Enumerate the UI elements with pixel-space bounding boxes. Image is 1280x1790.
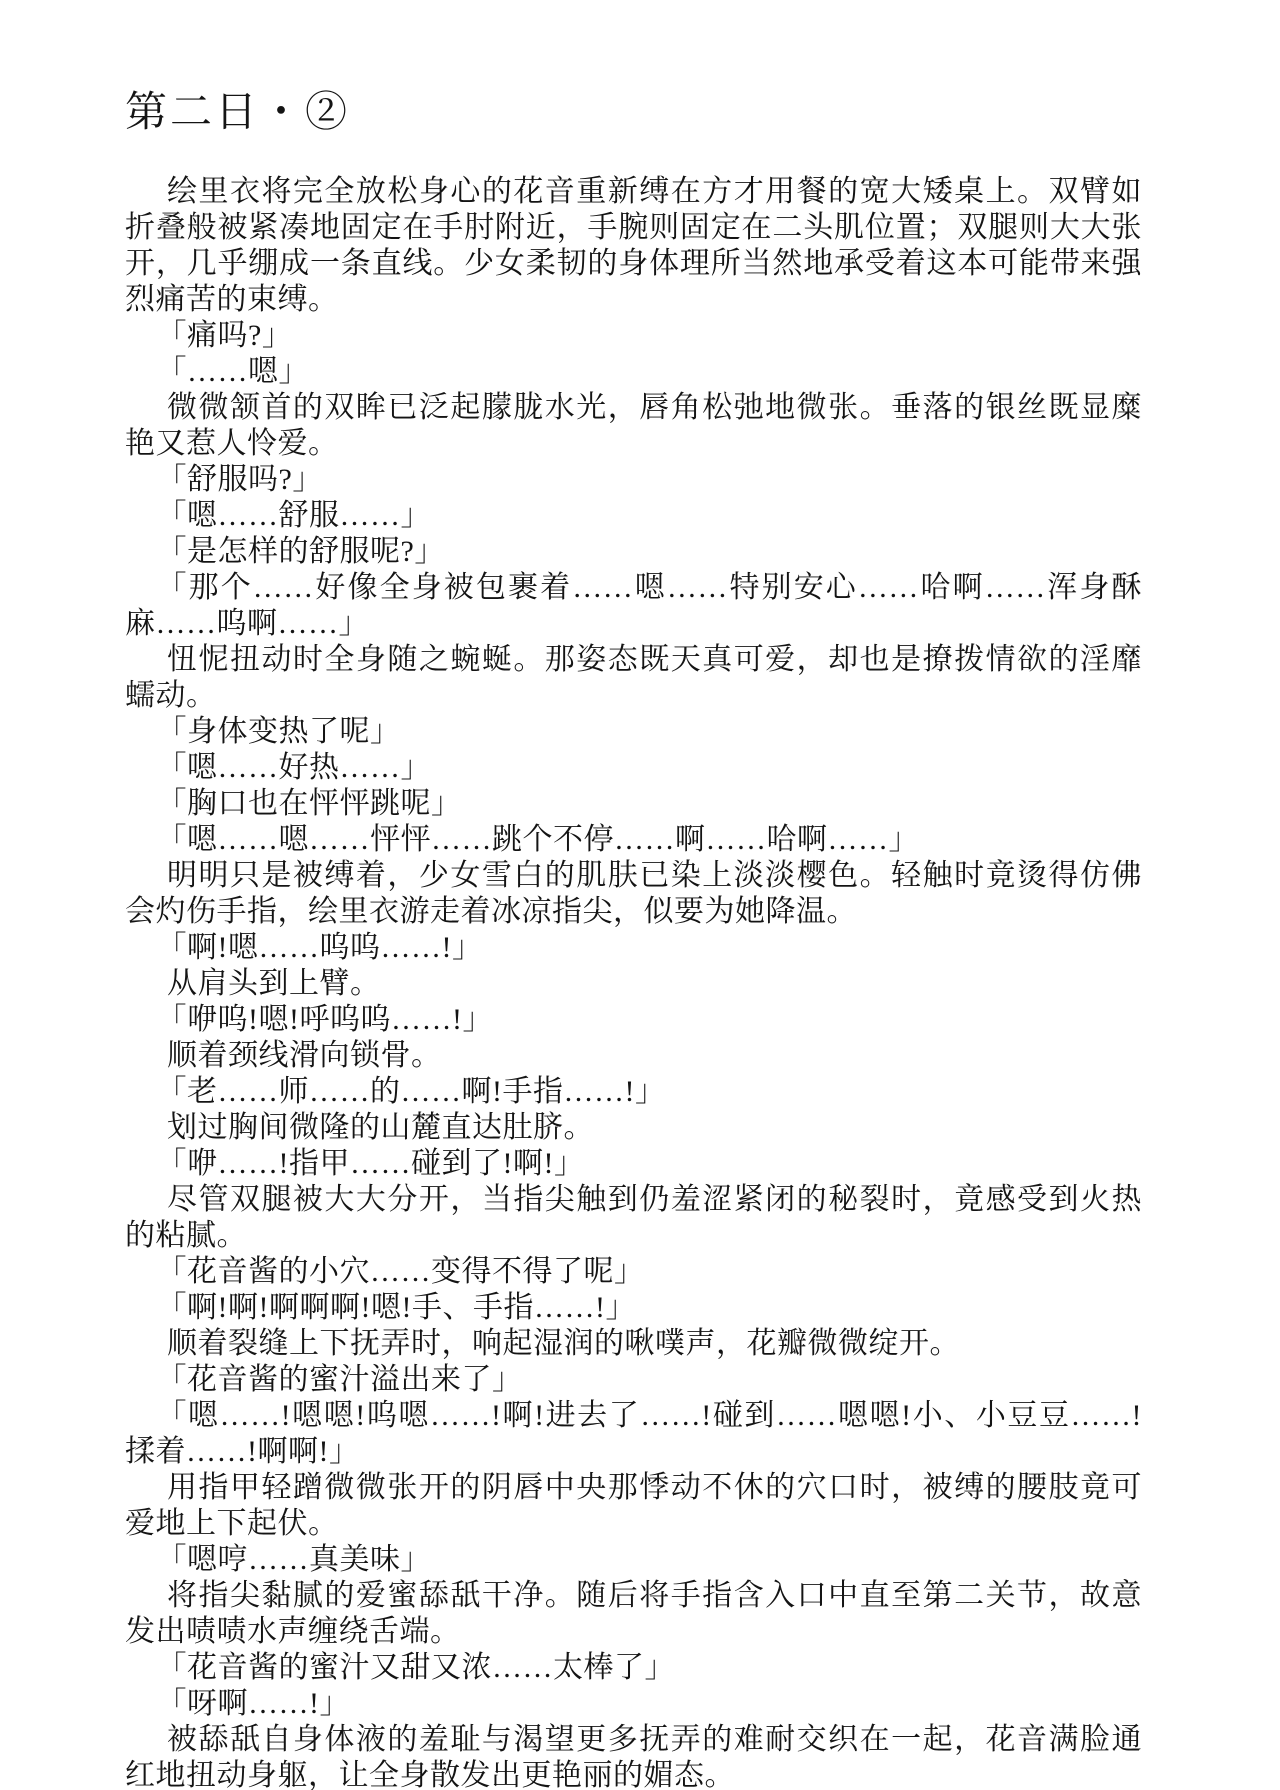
paragraph: 「呀啊……!」 [125,1686,1142,1722]
paragraph: 「痛吗?」 [125,318,1142,354]
paragraph: 用指甲轻蹭微微张开的阴唇中央那悸动不休的穴口时，被缚的腰肢竟可爱地上下起伏。 [125,1470,1142,1542]
paragraph: 「花音酱的蜜汁又甜又浓……太棒了」 [125,1650,1142,1686]
paragraph: 微微颔首的双眸已泛起朦胧水光，唇角松弛地微张。垂落的银丝既显糜艳又惹人怜爱。 [125,390,1142,462]
paragraph: 「舒服吗?」 [125,462,1142,498]
paragraph: 「身体变热了呢」 [125,714,1142,750]
paragraph: 「嗯……好热……」 [125,750,1142,786]
paragraph: 「嗯哼……真美味」 [125,1542,1142,1578]
paragraph: 尽管双腿被大大分开，当指尖触到仍羞涩紧闭的秘裂时，竟感受到火热的粘腻。 [125,1182,1142,1254]
paragraph: 「那个……好像全身被包裹着……嗯……特别安心……哈啊……浑身酥麻……呜啊……」 [125,570,1142,642]
paragraph: 「是怎样的舒服呢?」 [125,534,1142,570]
paragraph: 绘里衣将完全放松身心的花音重新缚在方才用餐的宽大矮桌上。双臂如折叠般被紧凑地固定… [125,174,1142,318]
paragraph: 顺着裂缝上下抚弄时，响起湿润的啾噗声，花瓣微微绽开。 [125,1326,1142,1362]
paragraph: 「花音酱的小穴……变得不得了呢」 [125,1254,1142,1290]
novel-page: 第二日・② 绘里衣将完全放松身心的花音重新缚在方才用餐的宽大矮桌上。双臂如折叠般… [0,0,1280,1790]
paragraph: 「嗯……嗯……怦怦……跳个不停……啊……哈啊……」 [125,822,1142,858]
paragraph: 明明只是被缚着，少女雪白的肌肤已染上淡淡樱色。轻触时竟烫得仿佛会灼伤手指，绘里衣… [125,858,1142,930]
paragraph: 忸怩扭动时全身随之蜿蜒。那姿态既天真可爱，却也是撩拨情欲的淫靡蠕动。 [125,642,1142,714]
paragraph: 「嗯……舒服……」 [125,498,1142,534]
paragraph: 「……嗯」 [125,354,1142,390]
paragraph: 将指尖黏腻的爱蜜舔舐干净。随后将手指含入口中直至第二关节，故意发出啧啧水声缠绕舌… [125,1578,1142,1650]
paragraph: 「啊!嗯……呜呜……!」 [125,930,1142,966]
paragraph: 「咿呜!嗯!呼呜呜……!」 [125,1002,1142,1038]
paragraph: 「胸口也在怦怦跳呢」 [125,786,1142,822]
paragraph: 被舔舐自身体液的羞耻与渴望更多抚弄的难耐交织在一起，花音满脸通红地扭动身躯，让全… [125,1722,1142,1790]
body-text: 绘里衣将完全放松身心的花音重新缚在方才用餐的宽大矮桌上。双臂如折叠般被紧凑地固定… [125,174,1142,1790]
paragraph: 划过胸间微隆的山麓直达肚脐。 [125,1110,1142,1146]
paragraph: 「啊!啊!啊啊啊!嗯!手、手指……!」 [125,1290,1142,1326]
paragraph: 「花音酱的蜜汁溢出来了」 [125,1362,1142,1398]
paragraph: 「咿……!指甲……碰到了!啊!」 [125,1146,1142,1182]
page-title: 第二日・② [125,88,1142,138]
paragraph: 从肩头到上臂。 [125,966,1142,1002]
paragraph: 顺着颈线滑向锁骨。 [125,1038,1142,1074]
paragraph: 「老……师……的……啊!手指……!」 [125,1074,1142,1110]
paragraph: 「嗯……!嗯嗯!呜嗯……!啊!进去了……!碰到……嗯嗯!小、小豆豆……!揉着……… [125,1398,1142,1470]
